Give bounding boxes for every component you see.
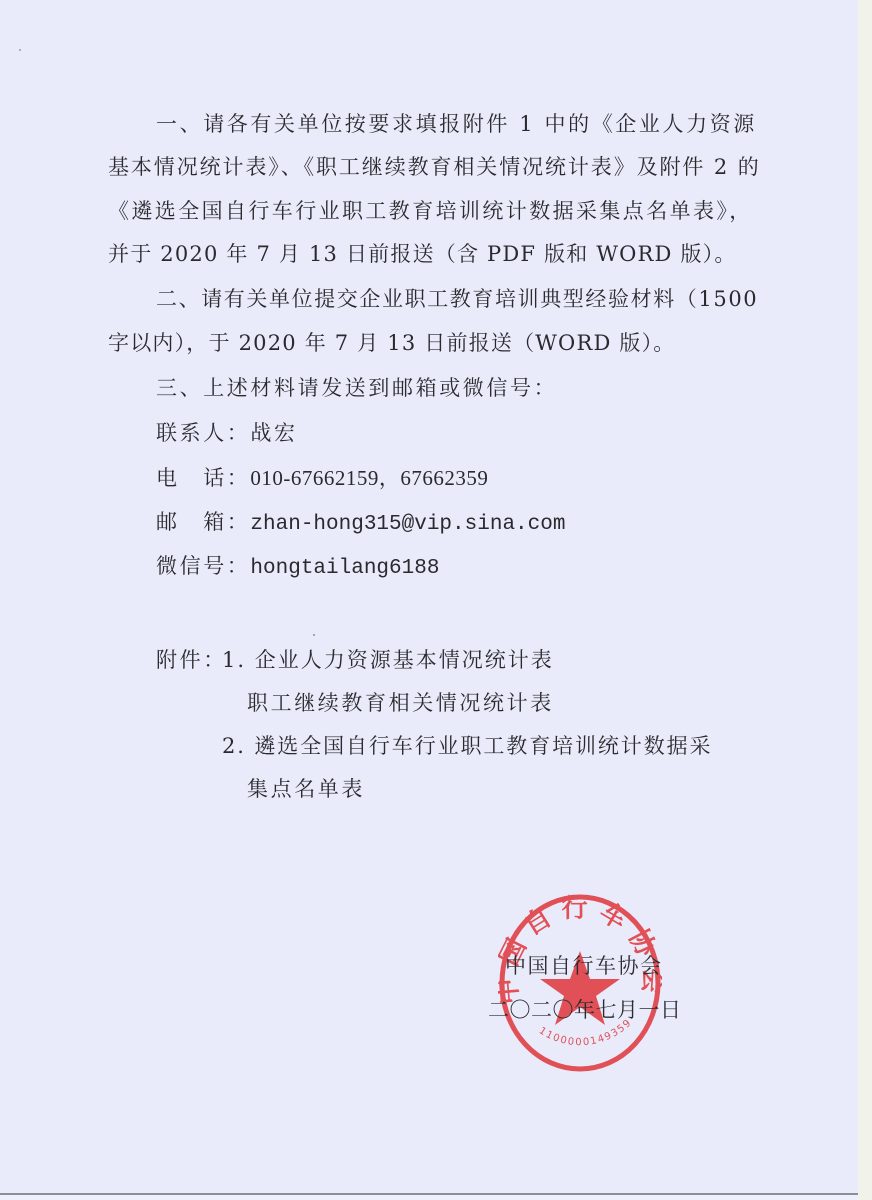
attachment-1-line-2: 职工继续教育相关情况统计表 <box>247 690 554 716</box>
signature-organization: 中国自行车协会 <box>505 953 663 979</box>
paragraph-1-line-4: 并于 2020 年 7 月 13 日前报送（含 PDF 版和 WORD 版）。 <box>108 241 737 267</box>
contact-email-value: zhan-hong315@vip.sina.com <box>250 513 565 536</box>
contact-wechat-value: hongtailang6188 <box>250 557 439 580</box>
attachment-2-line-1: 2. 遴选全国自行车行业职工教育培训统计数据采 <box>222 733 712 759</box>
paragraph-2-line-2: 字以内），于 2020 年 7 月 13 日前报送（WORD 版）。 <box>108 330 676 356</box>
contact-wechat: 微信号：hongtailang6188 <box>156 553 439 582</box>
contact-phone: 电 话：010-67662159，67662359 <box>156 465 488 491</box>
attachment-2-line-2: 集点名单表 <box>247 776 365 802</box>
paragraph-3-line-1: 三、上述材料请发送到邮箱或微信号： <box>156 375 557 401</box>
contact-phone-value: 010-67662159，67662359 <box>250 466 488 490</box>
official-seal-icon: 中国自行车协会 1100000149359 <box>498 893 662 1073</box>
scan-edge <box>858 0 872 1200</box>
contact-person-value: 战宏 <box>250 421 297 445</box>
scan-speck <box>19 49 21 51</box>
contact-wechat-label: 微信号： <box>156 554 250 578</box>
signature-date: 二〇二〇年七月一日 <box>488 997 682 1023</box>
contact-phone-label: 电 话： <box>156 466 250 490</box>
paragraph-1-line-3: 《遴选全国自行车行业职工教育培训统计数据采集点名单表》， <box>108 198 753 224</box>
paragraph-1-line-1: 一、请各有关单位按要求填报附件 1 中的《企业人力资源 <box>156 111 757 137</box>
paragraph-2-line-1: 二、请有关单位提交企业职工教育培训典型经验材料（1500 <box>156 286 758 312</box>
attachments-label: 附件： <box>156 647 227 673</box>
scan-speck <box>313 634 315 636</box>
contact-person-label: 联系人： <box>156 421 250 445</box>
contact-email: 邮 箱：zhan-hong315@vip.sina.com <box>156 509 565 538</box>
contact-person: 联系人：战宏 <box>156 420 298 446</box>
contact-email-label: 邮 箱： <box>156 510 250 534</box>
attachment-1-line-1: 1. 企业人力资源基本情况统计表 <box>222 647 554 673</box>
paragraph-1-line-2: 基本情况统计表》、《职工继续教育相关情况统计表》及附件 2 的 <box>108 154 761 180</box>
